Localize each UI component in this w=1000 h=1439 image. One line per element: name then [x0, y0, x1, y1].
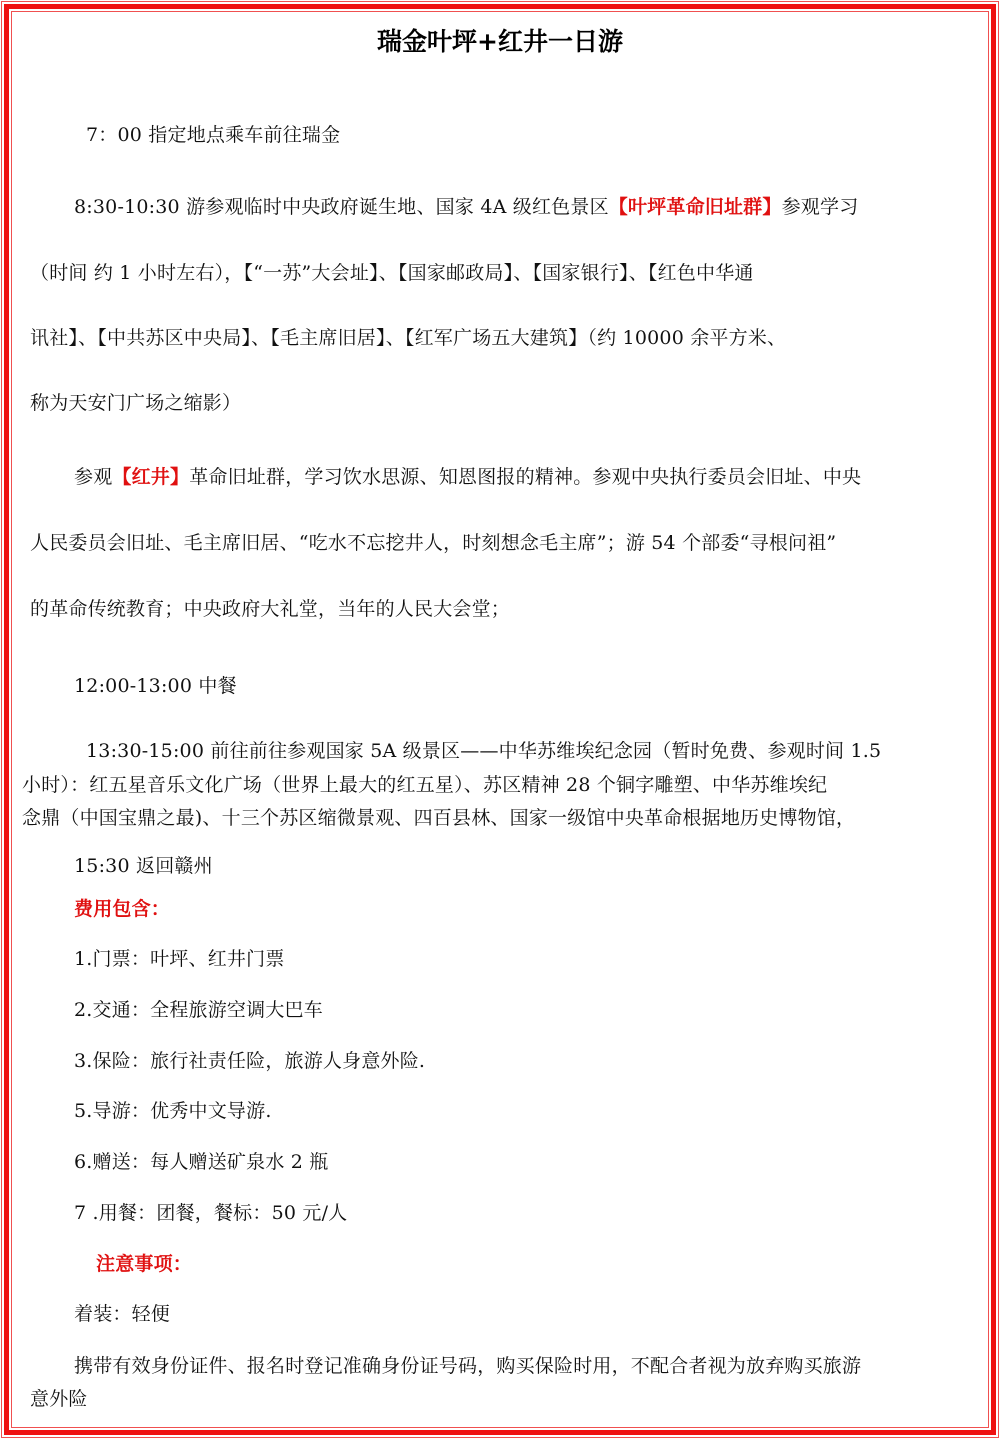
itinerary-item-lunch: 12:00-13:00 中餐	[74, 671, 237, 698]
yeping-text-pre: 8:30-10:30 游参观临时中央政府诞生地、国家 4A 级红色景区	[74, 196, 609, 218]
hongjing-text-post: 革命旧址群，学习饮水思源、知恩图报的精神。参观中央执行委员会旧址、中央	[189, 466, 861, 488]
fee-item-gift: 6.赠送：每人赠送矿泉水 2 瓶	[74, 1147, 329, 1174]
fee-item-insurance: 3.保险：旅行社责任险，旅游人身意外险.	[74, 1046, 425, 1073]
yeping-line-2: （时间 约 1 小时左右），【“一苏”大会址】、【国家邮政局】、【国家银行】、【…	[30, 258, 754, 285]
hongjing-highlight: 【红井】	[112, 466, 189, 488]
itinerary-item-memorial-line-3: 念鼎（中国宝鼎之最)、十三个苏区缩微景观、四百县林、国家一级馆中央革命根据地历史…	[22, 803, 855, 830]
note-id-line-1: 携带有效身份证件、报名时登记准确身份证号码，购买保险时用，不配合者视为放弃购买旅…	[74, 1351, 861, 1378]
hongjing-text-pre: 参观	[74, 466, 112, 488]
hongjing-line-3: 的革命传统教育；中央政府大礼堂，当年的人民大会堂；	[30, 594, 510, 621]
document-title: 瑞金叶坪+红井一日游	[0, 22, 1000, 58]
fee-item-guide: 5.导游：优秀中文导游.	[74, 1096, 272, 1123]
fee-item-transport: 2.交通：全程旅游空调大巴车	[74, 995, 323, 1022]
notes-heading: 注意事项：	[96, 1249, 192, 1276]
yeping-text-post: 参观学习	[782, 196, 859, 218]
itinerary-item-depart: 7：00 指定地点乘车前往瑞金	[86, 120, 340, 147]
yeping-line-3: 讯社】、【中共苏区中央局】、【毛主席旧居】、【红军广场五大建筑】（约 10000…	[30, 323, 786, 350]
note-id-line-2: 意外险	[30, 1384, 88, 1411]
fees-heading: 费用包含：	[74, 894, 170, 921]
itinerary-item-yeping: 8:30-10:30 游参观临时中央政府诞生地、国家 4A 级红色景区【叶坪革命…	[74, 192, 858, 219]
itinerary-item-hongjing: 参观【红井】革命旧址群，学习饮水思源、知恩图报的精神。参观中央执行委员会旧址、中…	[74, 462, 861, 489]
itinerary-item-memorial-line-2: 小时）：红五星音乐文化广场（世界上最大的红五星）、苏区精神 28 个铜字雕塑、中…	[22, 770, 827, 797]
yeping-line-4: 称为天安门广场之缩影）	[30, 388, 241, 415]
fee-item-tickets: 1.门票：叶坪、红井门票	[74, 944, 285, 971]
fee-item-meal: 7 .用餐：团餐，餐标：50 元/人	[74, 1198, 347, 1225]
yeping-highlight: 【叶坪革命旧址群】	[609, 196, 782, 218]
hongjing-line-2: 人民委员会旧址、毛主席旧居、“吃水不忘挖井人，时刻想念毛主席”；游 54 个部委…	[30, 528, 836, 555]
itinerary-item-memorial-line-1: 13:30-15:00 前往前往参观国家 5A 级景区——中华苏维埃纪念园（暂时…	[86, 736, 881, 763]
note-dress: 着装：轻便	[74, 1299, 170, 1326]
itinerary-item-return: 15:30 返回赣州	[74, 851, 213, 878]
itinerary-document: 瑞金叶坪+红井一日游 7：00 指定地点乘车前往瑞金 8:30-10:30 游参…	[0, 0, 1000, 1439]
